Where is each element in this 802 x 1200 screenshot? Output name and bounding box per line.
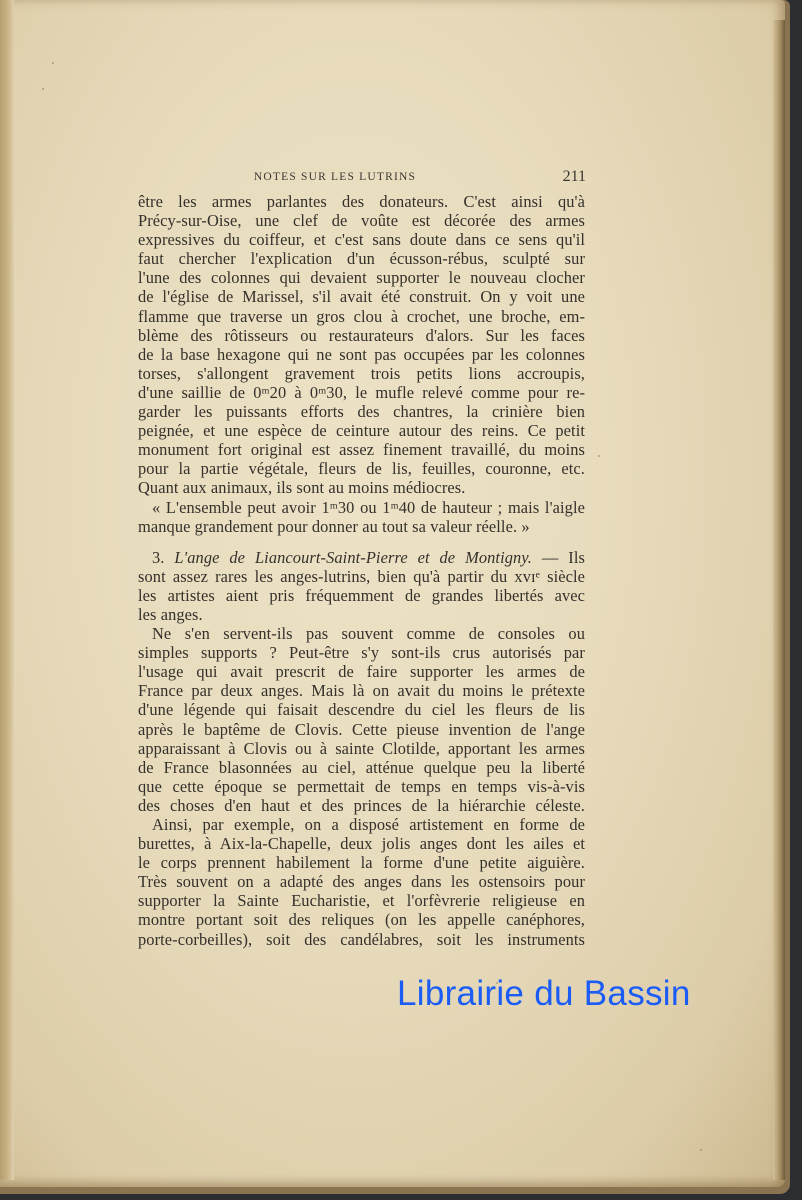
text-line: burettes, à Aix-la-Chapelle, deux jolis … — [138, 834, 585, 853]
text-line: torses, s'allongent gravement trois peti… — [138, 364, 585, 383]
text-line: l'une des colonnes qui devaient supporte… — [138, 268, 585, 287]
text-line: Ainsi, par exemple, on a disposé artiste… — [138, 815, 585, 834]
text-line: Ne s'en servent-ils pas souvent comme de… — [138, 624, 585, 643]
page-number: 211 — [563, 168, 586, 186]
text-line: des choses d'en haut et des princes de l… — [138, 796, 585, 815]
text-line: être les armes parlantes des donateurs. … — [138, 192, 585, 211]
text-line: faut chercher l'explication d'un écusson… — [138, 249, 585, 268]
running-head: NOTES SUR LES LUTRINS 211 — [140, 168, 590, 190]
text-line: montre portant soit des reliques (on les… — [138, 910, 585, 929]
text-line: apparaissant à Clovis ou à sainte Clotil… — [138, 739, 585, 758]
text-line: simples supports ? Peut-être s'y sont-il… — [138, 643, 585, 662]
text-line: porte-corbeilles), soit des candélabres,… — [138, 930, 585, 949]
text-line: blème des rôtisseurs ou restaurateurs d'… — [138, 326, 585, 345]
text-line: garder les puissants efforts des chantre… — [138, 402, 585, 421]
text-line: supporter la Sainte Eucharistie, et l'or… — [138, 891, 585, 910]
section-heading-continuation: — Ils — [542, 548, 585, 567]
text-line: expressives du coiffeur, et c'est sans d… — [138, 230, 585, 249]
section-title: L'ange de Liancourt-Saint-Pierre et de M… — [174, 548, 532, 567]
text-line: monument fort original est assez finemen… — [138, 440, 585, 459]
text-line: d'une saillie de 0ᵐ20 à 0ᵐ30, le mufle r… — [138, 383, 585, 402]
text-line: Quant aux animaux, ils sont au moins méd… — [138, 478, 585, 497]
text-line: d'une légende qui faisait descendre du c… — [138, 700, 585, 719]
text-line: le corps prennent habilement la forme d'… — [138, 853, 585, 872]
section-heading: 3. L'ange de Liancourt-Saint-Pierre et d… — [138, 548, 585, 567]
text-line: flamme que traverse un gros clou à croch… — [138, 307, 585, 326]
text-line: de la base hexagone qui ne sont pas occu… — [138, 345, 585, 364]
section-gap — [138, 536, 585, 548]
section-number: 3. — [152, 548, 165, 567]
text-line: les artistes aient pris fréquemment de g… — [138, 586, 585, 605]
text-line: France par deux anges. Mais là on avait … — [138, 681, 585, 700]
text-line: Très souvent on a adapté des anges dans … — [138, 872, 585, 891]
text-line: de l'église de Marissel, s'il avait été … — [138, 287, 585, 306]
paper-speck — [700, 1149, 702, 1151]
text-line: après le baptême de Clovis. Cette pieuse… — [138, 720, 585, 739]
quote-line: « L'ensemble peut avoir 1ᵐ30 ou 1ᵐ40 de … — [138, 498, 585, 517]
scanned-book-page: NOTES SUR LES LUTRINS 211 être les armes… — [0, 0, 802, 1200]
book-page: NOTES SUR LES LUTRINS 211 être les armes… — [0, 0, 785, 1187]
paper-speck — [42, 88, 44, 90]
text-line: l'usage qui avait prescrit de faire supp… — [138, 662, 585, 681]
text-line: peignée, et une espèce de ceinture autou… — [138, 421, 585, 440]
text-line: Précy-sur-Oise, une clef de voûte est dé… — [138, 211, 585, 230]
text-line: de France blasonnées au ciel, atténue qu… — [138, 758, 585, 777]
body-text: être les armes parlantes des donateurs. … — [138, 192, 585, 949]
text-line: les anges. — [138, 605, 585, 624]
running-title: NOTES SUR LES LUTRINS — [140, 171, 530, 183]
text-line: que cette époque se permettait de temps … — [138, 777, 585, 796]
text-line: pour la partie végétale, fleurs de lis, … — [138, 459, 585, 478]
quote-line: manque grandement pour donner au tout sa… — [138, 517, 585, 536]
binding-gutter — [0, 0, 14, 1180]
text-line: sont assez rares les anges-lutrins, bien… — [138, 567, 585, 586]
paper-speck — [52, 62, 54, 64]
watermark-text: Librairie du Bassin — [397, 974, 691, 1014]
page-fore-edge — [773, 20, 785, 1180]
paper-speck — [598, 455, 600, 457]
